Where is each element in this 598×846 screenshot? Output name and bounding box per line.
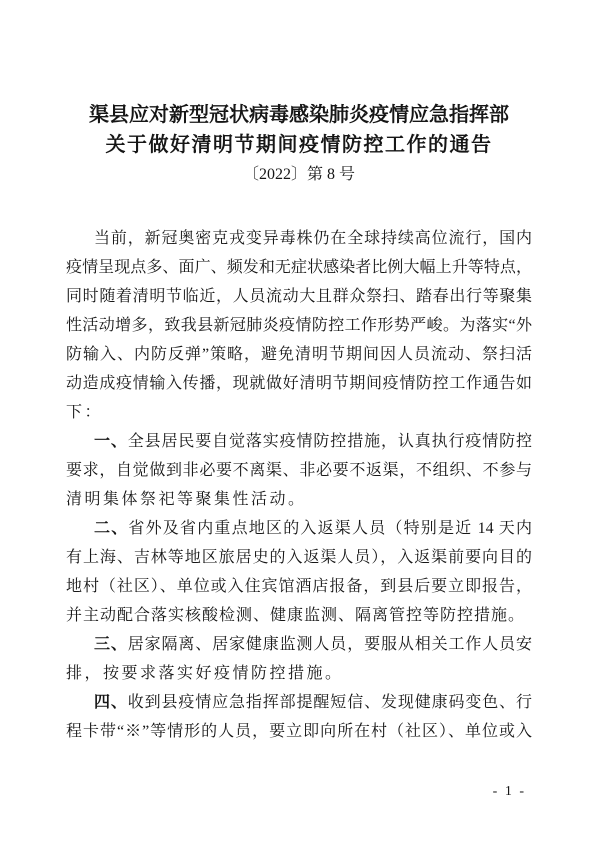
page-number: - 1 - bbox=[493, 783, 526, 801]
body-line: 疫情呈现点多、面广、频发和无症状感染者比例大幅上升等特点， bbox=[66, 253, 532, 282]
body-line: 并主动配合落实核酸检测、健康监测、隔离管控等防控措施。 bbox=[66, 601, 532, 630]
section-number: 四、 bbox=[94, 694, 128, 711]
section-number: 一、 bbox=[94, 433, 128, 450]
body-line-text: 性活动增多，致我县新冠肺炎疫情防控工作形势严峻。为落实“外 bbox=[66, 317, 532, 334]
document-body: 当前，新冠奥密克戎变异毒株仍在全球持续高位流行，国内 疫情呈现点多、面广、频发和… bbox=[66, 224, 532, 746]
section-number: 二、 bbox=[94, 520, 128, 537]
body-line: 防输入、内防反弹”策略，避免清明节期间因人员流动、祭扫活 bbox=[66, 340, 532, 369]
body-line-text: 排，按要求落实好疫情防控措施。 bbox=[66, 665, 344, 682]
body-line-text: 全县居民要自觉落实疫情防控措施，认真执行疫情防控 bbox=[128, 433, 532, 450]
body-line-text: 并主动配合落实核酸检测、健康监测、隔离管控等防控措施。 bbox=[66, 607, 525, 624]
body-line-text: 有上海、吉林等地区旅居史的入返渠人员），入返渠前要向目的 bbox=[66, 549, 532, 566]
body-line: 当前，新冠奥密克戎变异毒株仍在全球持续高位流行，国内 bbox=[66, 224, 532, 253]
notice-page: 渠县应对新型冠状病毒感染肺炎疫情应急指挥部 关于做好清明节期间疫情防控工作的通告… bbox=[0, 0, 598, 846]
body-line: 四、收到县疫情应急指挥部提醒短信、发现健康码变色、行 bbox=[66, 688, 532, 717]
body-line: 要求，自觉做到非必要不离渠、非必要不返渠，不组织、不参与 bbox=[66, 456, 532, 485]
title-line-1: 渠县应对新型冠状病毒感染肺炎疫情应急指挥部 bbox=[0, 100, 598, 130]
body-line: 清明集体祭祀等聚集性活动。 bbox=[66, 485, 532, 514]
body-line-text: 下： bbox=[66, 404, 103, 421]
body-line: 有上海、吉林等地区旅居史的入返渠人员），入返渠前要向目的 bbox=[66, 543, 532, 572]
body-line-text: 省外及省内重点地区的入返渠人员（特别是近 14 天内 bbox=[128, 520, 532, 537]
body-line: 地村（社区）、单位或入住宾馆酒店报备，到县后要立即报告， bbox=[66, 572, 532, 601]
title-line-2: 关于做好清明节期间疫情防控工作的通告 bbox=[0, 130, 598, 160]
body-line: 动造成疫情输入传播，现就做好清明节期间疫情防控工作通告如 bbox=[66, 369, 532, 398]
section-number: 三、 bbox=[94, 636, 128, 653]
body-line: 三、居家隔离、居家健康监测人员，要服从相关工作人员安 bbox=[66, 630, 532, 659]
body-line-text: 清明集体祭祀等聚集性活动。 bbox=[66, 491, 307, 508]
body-line-text: 程卡带“※”等情形的人员，要立即向所在村（社区）、单位或入 bbox=[66, 723, 532, 740]
body-line: 排，按要求落实好疫情防控措施。 bbox=[66, 659, 532, 688]
body-line: 下： bbox=[66, 398, 532, 427]
body-line-text: 疫情呈现点多、面广、频发和无症状感染者比例大幅上升等特点， bbox=[66, 259, 532, 276]
body-line-text: 收到县疫情应急指挥部提醒短信、发现健康码变色、行 bbox=[128, 694, 532, 711]
body-line: 性活动增多，致我县新冠肺炎疫情防控工作形势严峻。为落实“外 bbox=[66, 311, 532, 340]
body-line-text: 防输入、内防反弹”策略，避免清明节期间因人员流动、祭扫活 bbox=[66, 346, 532, 363]
body-line-text: 同时随着清明节临近，人员流动大且群众祭扫、踏春出行等聚集 bbox=[66, 288, 532, 305]
body-line: 程卡带“※”等情形的人员，要立即向所在村（社区）、单位或入 bbox=[66, 717, 532, 746]
body-line-text: 动造成疫情输入传播，现就做好清明节期间疫情防控工作通告如 bbox=[66, 375, 532, 392]
body-line: 同时随着清明节临近，人员流动大且群众祭扫、踏春出行等聚集 bbox=[66, 282, 532, 311]
body-line-text: 地村（社区）、单位或入住宾馆酒店报备，到县后要立即报告， bbox=[66, 578, 532, 595]
body-line: 一、全县居民要自觉落实疫情防控措施，认真执行疫情防控 bbox=[66, 427, 532, 456]
page-title: 渠县应对新型冠状病毒感染肺炎疫情应急指挥部 关于做好清明节期间疫情防控工作的通告 bbox=[0, 100, 598, 160]
body-line-text: 要求，自觉做到非必要不离渠、非必要不返渠，不组织、不参与 bbox=[66, 462, 532, 479]
body-line-text: 当前，新冠奥密克戎变异毒株仍在全球持续高位流行，国内 bbox=[94, 230, 532, 247]
body-line-text: 居家隔离、居家健康监测人员，要服从相关工作人员安 bbox=[128, 636, 532, 653]
body-line: 二、省外及省内重点地区的入返渠人员（特别是近 14 天内 bbox=[66, 514, 532, 543]
document-number: 〔2022〕第 8 号 bbox=[0, 164, 598, 186]
